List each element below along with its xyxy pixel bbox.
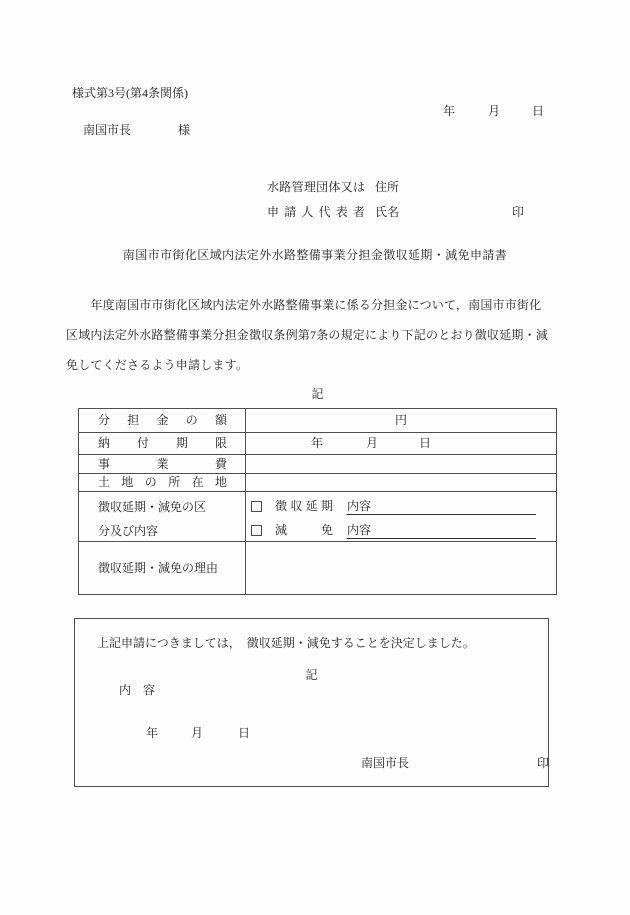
option-exemption: 減免 内容 [246,518,556,542]
row-label: 分担金の額 [98,413,227,427]
row-reason: 徴収延期・減免の理由 [79,541,556,594]
ki-heading: 記 [75,668,548,682]
reason-value-cell [246,542,556,594]
row-label: 納付期限 [98,436,227,450]
seal-label: 印 [537,756,549,770]
project-cost-value-cell [246,455,556,473]
row-label-line: 分及び内容 [98,519,245,543]
address-label: 住所 [375,180,399,194]
content-label: 内容 [347,523,371,537]
year-label: 年 [311,436,323,450]
applicant-group-label-line1: 水路管理団体又は [267,180,365,194]
addressee-name: 南国市長 [83,123,131,137]
category-options-cell: 徴収延期 内容 減免 内容 [246,492,556,541]
decision-content-label: 内 容 [119,683,155,697]
decision-box: 上記申請につきましては， 徴収延期・減免することを決定しました。 記 内 容 年… [74,618,549,787]
row-category-content: 徴収延期・減免の区 分及び内容 徴収延期 内容 減免 内容 [79,491,556,541]
applicant-row-address: 水路管理団体又は住所 [267,180,557,205]
top-date-line: 年月日 [443,104,544,118]
row-label: 事業費 [98,457,227,471]
deadline-value-cell: 年月日 [246,433,556,454]
row-label: 土地の所在地 [98,475,227,489]
statement-line: 区域内法定外水路整備事業分担金徴収条例第7条の規定により下記のとおり徴収延期・減 [66,320,558,350]
application-statement: 年度南国市市街化区域内法定外水路整備事業に係る分担金について，南国市市街化 区域… [66,290,558,380]
month-label: 月 [366,436,378,450]
day-label: 日 [532,104,544,118]
row-label: 徴収延期・減免の理由 [98,561,218,575]
form-number: 様式第3号(第4条関係) [72,86,188,100]
content-fill-line[interactable]: 内容 [347,522,536,539]
yen-unit-label: 円 [395,413,407,427]
application-form-page: 様式第3号(第4条関係) 年月日 南国市長様 水路管理団体又は住所 申請人代表者… [0,0,630,915]
decision-statement: 上記申請につきましては， 徴収延期・減免することを決定しました。 [97,636,475,650]
decision-date-line: 年月日 [146,726,250,740]
document-title: 南国市市街化区域内法定外水路整備事業分担金徴収延期・減免申請書 [0,248,630,262]
ki-heading: 記 [78,387,557,401]
content-fill-line[interactable]: 内容 [347,498,536,515]
month-label: 月 [191,726,203,740]
statement-line: 免してくださるよう申請します。 [66,350,558,380]
year-label: 年 [146,726,158,740]
row-project-cost: 事業費 [79,454,556,473]
land-location-value-cell [246,474,556,491]
row-payment-deadline: 納付期限 年月日 [79,432,556,454]
statement-line: 年度南国市市街化区域内法定外水路整備事業に係る分担金について，南国市市街化 [66,290,558,320]
addressee-honorific: 様 [178,123,190,137]
application-table: 分担金の額 円 納付期限 年月日 事業費 土地の所在地 徴収延期・減免の区 分及… [78,408,557,595]
option-postponement: 徴収延期 内容 [246,494,556,518]
year-label: 年 [443,104,455,118]
day-label: 日 [238,726,250,740]
option-label: 減免 [275,523,333,537]
decision-signer: 南国市長 [361,756,409,770]
option-label: 徴収延期 [275,499,333,513]
applicant-row-name: 申請人代表者氏名 印 [267,205,557,230]
month-label: 月 [488,104,500,118]
day-label: 日 [419,436,431,450]
addressee-line: 南国市長様 [83,123,190,137]
applicant-block: 水路管理団体又は住所 申請人代表者氏名 印 [267,180,557,230]
name-label: 氏名 [375,205,399,219]
amount-value-cell: 円 [246,409,556,432]
content-label: 内容 [347,499,371,513]
applicant-group-label-line2: 申請人代表者 [267,205,365,219]
checkbox-icon[interactable] [251,525,262,536]
checkbox-icon[interactable] [251,501,262,512]
row-contribution-amount: 分担金の額 円 [79,409,556,432]
row-label-line: 徴収延期・減免の区 [98,495,245,519]
row-land-location: 土地の所在地 [79,473,556,491]
seal-label: 印 [512,205,524,219]
